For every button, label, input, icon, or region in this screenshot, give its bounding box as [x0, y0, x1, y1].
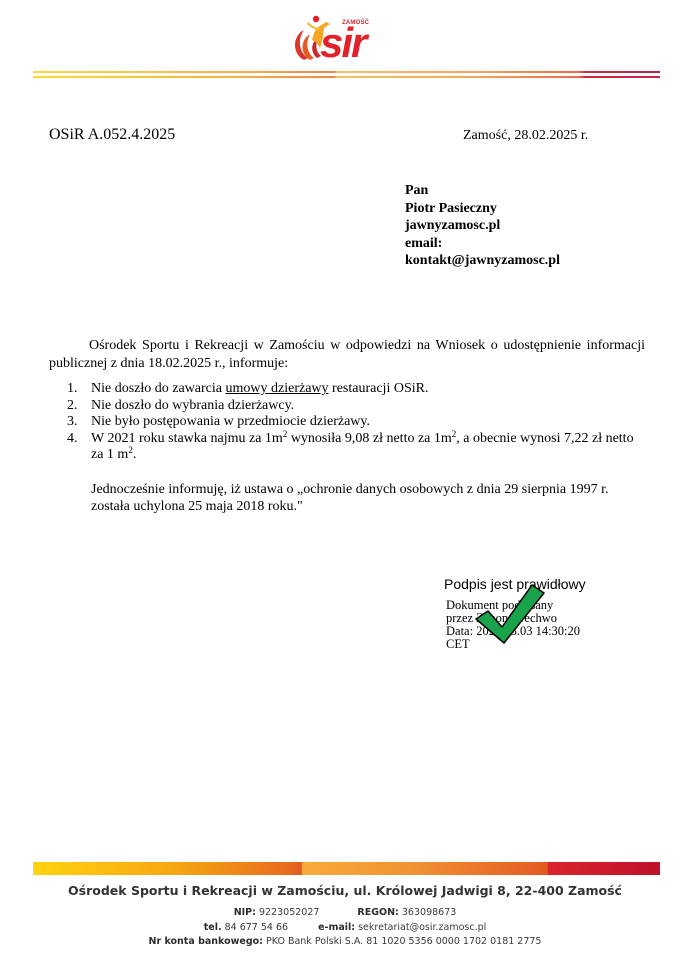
- recipient-organization: jawnyzamosc.pl: [405, 217, 560, 235]
- recipient-email-label: email:: [405, 235, 560, 253]
- recipient-email: kontakt@jawnyzamosc.pl: [405, 252, 560, 270]
- list-item: 3.Nie było postępowania w przedmiocie dz…: [67, 414, 647, 431]
- signature-valid-checkmark-icon: [474, 583, 546, 645]
- place-date: Zamość, 28.02.2025 r.: [463, 128, 588, 144]
- footer-bank-account: PKO Bank Polski S.A. 81 1020 5356 0000 1…: [266, 936, 541, 947]
- footer-address: Ośrodek Sportu i Rekreacji w Zamościu, u…: [0, 883, 690, 898]
- footer-regon: 363098673: [402, 907, 456, 918]
- response-list: 1.Nie doszło do zawarcia umowy dzierżawy…: [67, 381, 647, 464]
- note-paragraph: Jednocześnie informuję, iż ustawa o „och…: [91, 481, 641, 515]
- recipient-name: Piotr Pasieczny: [405, 200, 560, 218]
- footer-ids: NIP: 9223052027REGON: 363098673: [0, 907, 690, 918]
- footer-email: sekretariat@osir.zamosc.pl: [358, 922, 486, 933]
- list-item: 2.Nie doszło do wybrania dzierżawcy.: [67, 398, 647, 415]
- list-item: 1.Nie doszło do zawarcia umowy dzierżawy…: [67, 381, 647, 398]
- underlined-term: umowy dzierżawy: [226, 381, 329, 396]
- footer-nip: 9223052027: [259, 907, 319, 918]
- logo-wordmark: sir: [320, 18, 365, 68]
- header-stripe-bottom: [33, 76, 660, 78]
- footer-bank: Nr konta bankowego: PKO Bank Polski S.A.…: [0, 936, 690, 947]
- footer-color-bar: [33, 862, 660, 875]
- intro-paragraph: Ośrodek Sportu i Rekreacji w Zamościu w …: [49, 337, 645, 373]
- list-item: 4.W 2021 roku stawka najmu za 1m2 wynosi…: [67, 431, 647, 464]
- recipient-block: Pan Piotr Pasieczny jawnyzamosc.pl email…: [405, 182, 560, 270]
- header-stripes: [33, 71, 660, 81]
- recipient-salutation: Pan: [405, 182, 560, 200]
- header-stripe-top: [33, 71, 660, 73]
- footer-contact: tel. 84 677 54 66e-mail: sekretariat@osi…: [0, 922, 690, 933]
- osir-logo: ZAMOŚĆ sir: [290, 10, 400, 68]
- reference-number: OSiR A.052.4.2025: [49, 126, 175, 144]
- footer-tel: 84 677 54 66: [225, 922, 288, 933]
